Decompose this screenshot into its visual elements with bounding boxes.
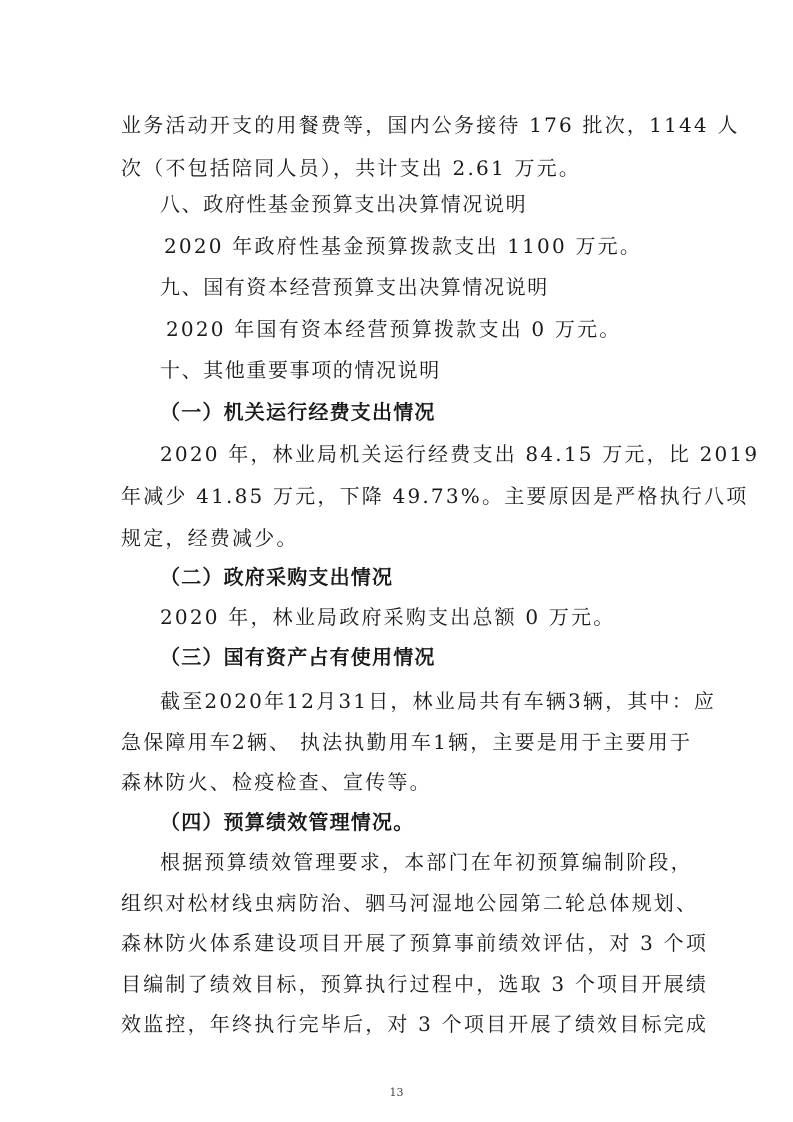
body-text-line: 2020 年国有资本经营预算拨款支出 0 万元。 [166,317,622,341]
body-text-line: 目编制了绩效目标，预算执行过程中，选取 3 个项目开展绩 [121,972,708,996]
body-text-line: 森林防火、检疫检查、宣传等。 [121,770,432,794]
body-text-line: 截至2020年12月31日，林业局共有车辆3辆，其中：应 [160,689,716,713]
body-text-line: 急保障用车2辆、 执法执勤用车1辆，主要是用于主要用于 [121,730,692,754]
body-text-line: 2020 年政府性基金预算拨款支出 1100 万元。 [164,234,642,258]
body-text-line: 2020 年，林业局机关运行经费支出 84.15 万元，比 2019 [160,442,759,466]
section-heading-10: 十、其他重要事项的情况说明 [160,358,441,382]
page-number: 13 [0,1086,793,1099]
subsection-heading-4: （四）预算绩效管理情况。 [160,810,414,834]
document-page: 业务活动开支的用餐费等，国内公务接待 176 批次，1144 人 次（不包括陪同… [0,0,793,1122]
body-text-line: 业务活动开支的用餐费等，国内公务接待 176 批次，1144 人 [121,113,740,137]
body-text-line: 效监控，年终执行完毕后，对 3 个项目开展了绩效目标完成 [121,1012,708,1036]
section-heading-9: 九、国有资本经营预算支出决算情况说明 [160,275,549,299]
body-text-line: 森林防火体系建设项目开展了预算事前绩效评估，对 3 个项 [121,931,708,955]
subsection-heading-1: （一）机关运行经费支出情况 [160,400,436,424]
body-text-line: 组织对松材线虫病防治、驷马河湿地公园第二轮总体规划、 [121,891,698,915]
body-text-line: 根据预算绩效管理要求，本部门在年初预算编制阶段， [160,850,693,874]
body-text-line: 2020 年，林业局政府采购支出总额 0 万元。 [160,605,616,629]
section-heading-8: 八、政府性基金预算支出决算情况说明 [160,192,527,216]
body-text-line: 次（不包括陪同人员），共计支出 2.61 万元。 [121,156,581,180]
body-text-line: 规定，经费减少。 [121,526,299,550]
subsection-heading-2: （二）政府采购支出情况 [160,565,393,589]
subsection-heading-3: （三）国有资产占有使用情况 [160,645,436,669]
body-text-line: 年减少 41.85 万元，下降 49.73%。主要原因是严格执行八项 [121,484,748,508]
